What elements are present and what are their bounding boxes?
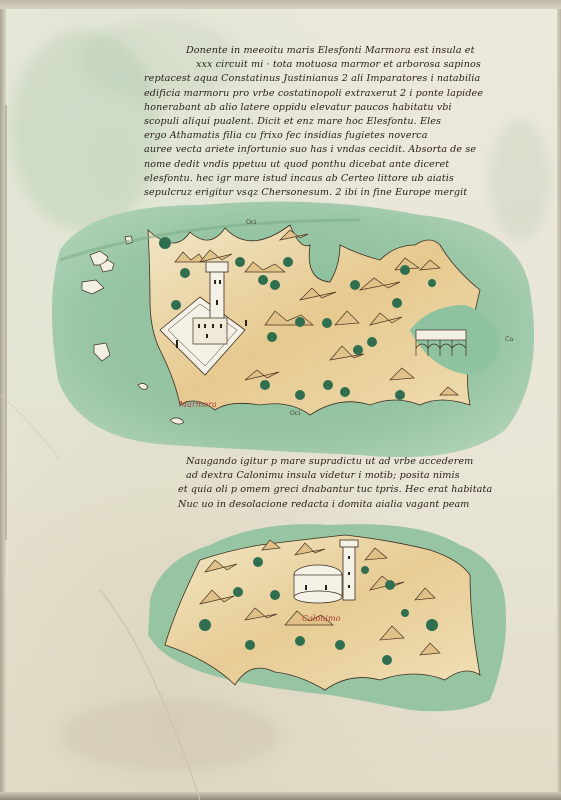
manuscript-page: Donente in meeoitu maris Elesfonti Marmo… <box>0 0 561 800</box>
calonimo-land <box>165 535 480 690</box>
calonimo-label: Calonimo <box>302 614 340 623</box>
calonimo-island-map <box>0 0 561 800</box>
